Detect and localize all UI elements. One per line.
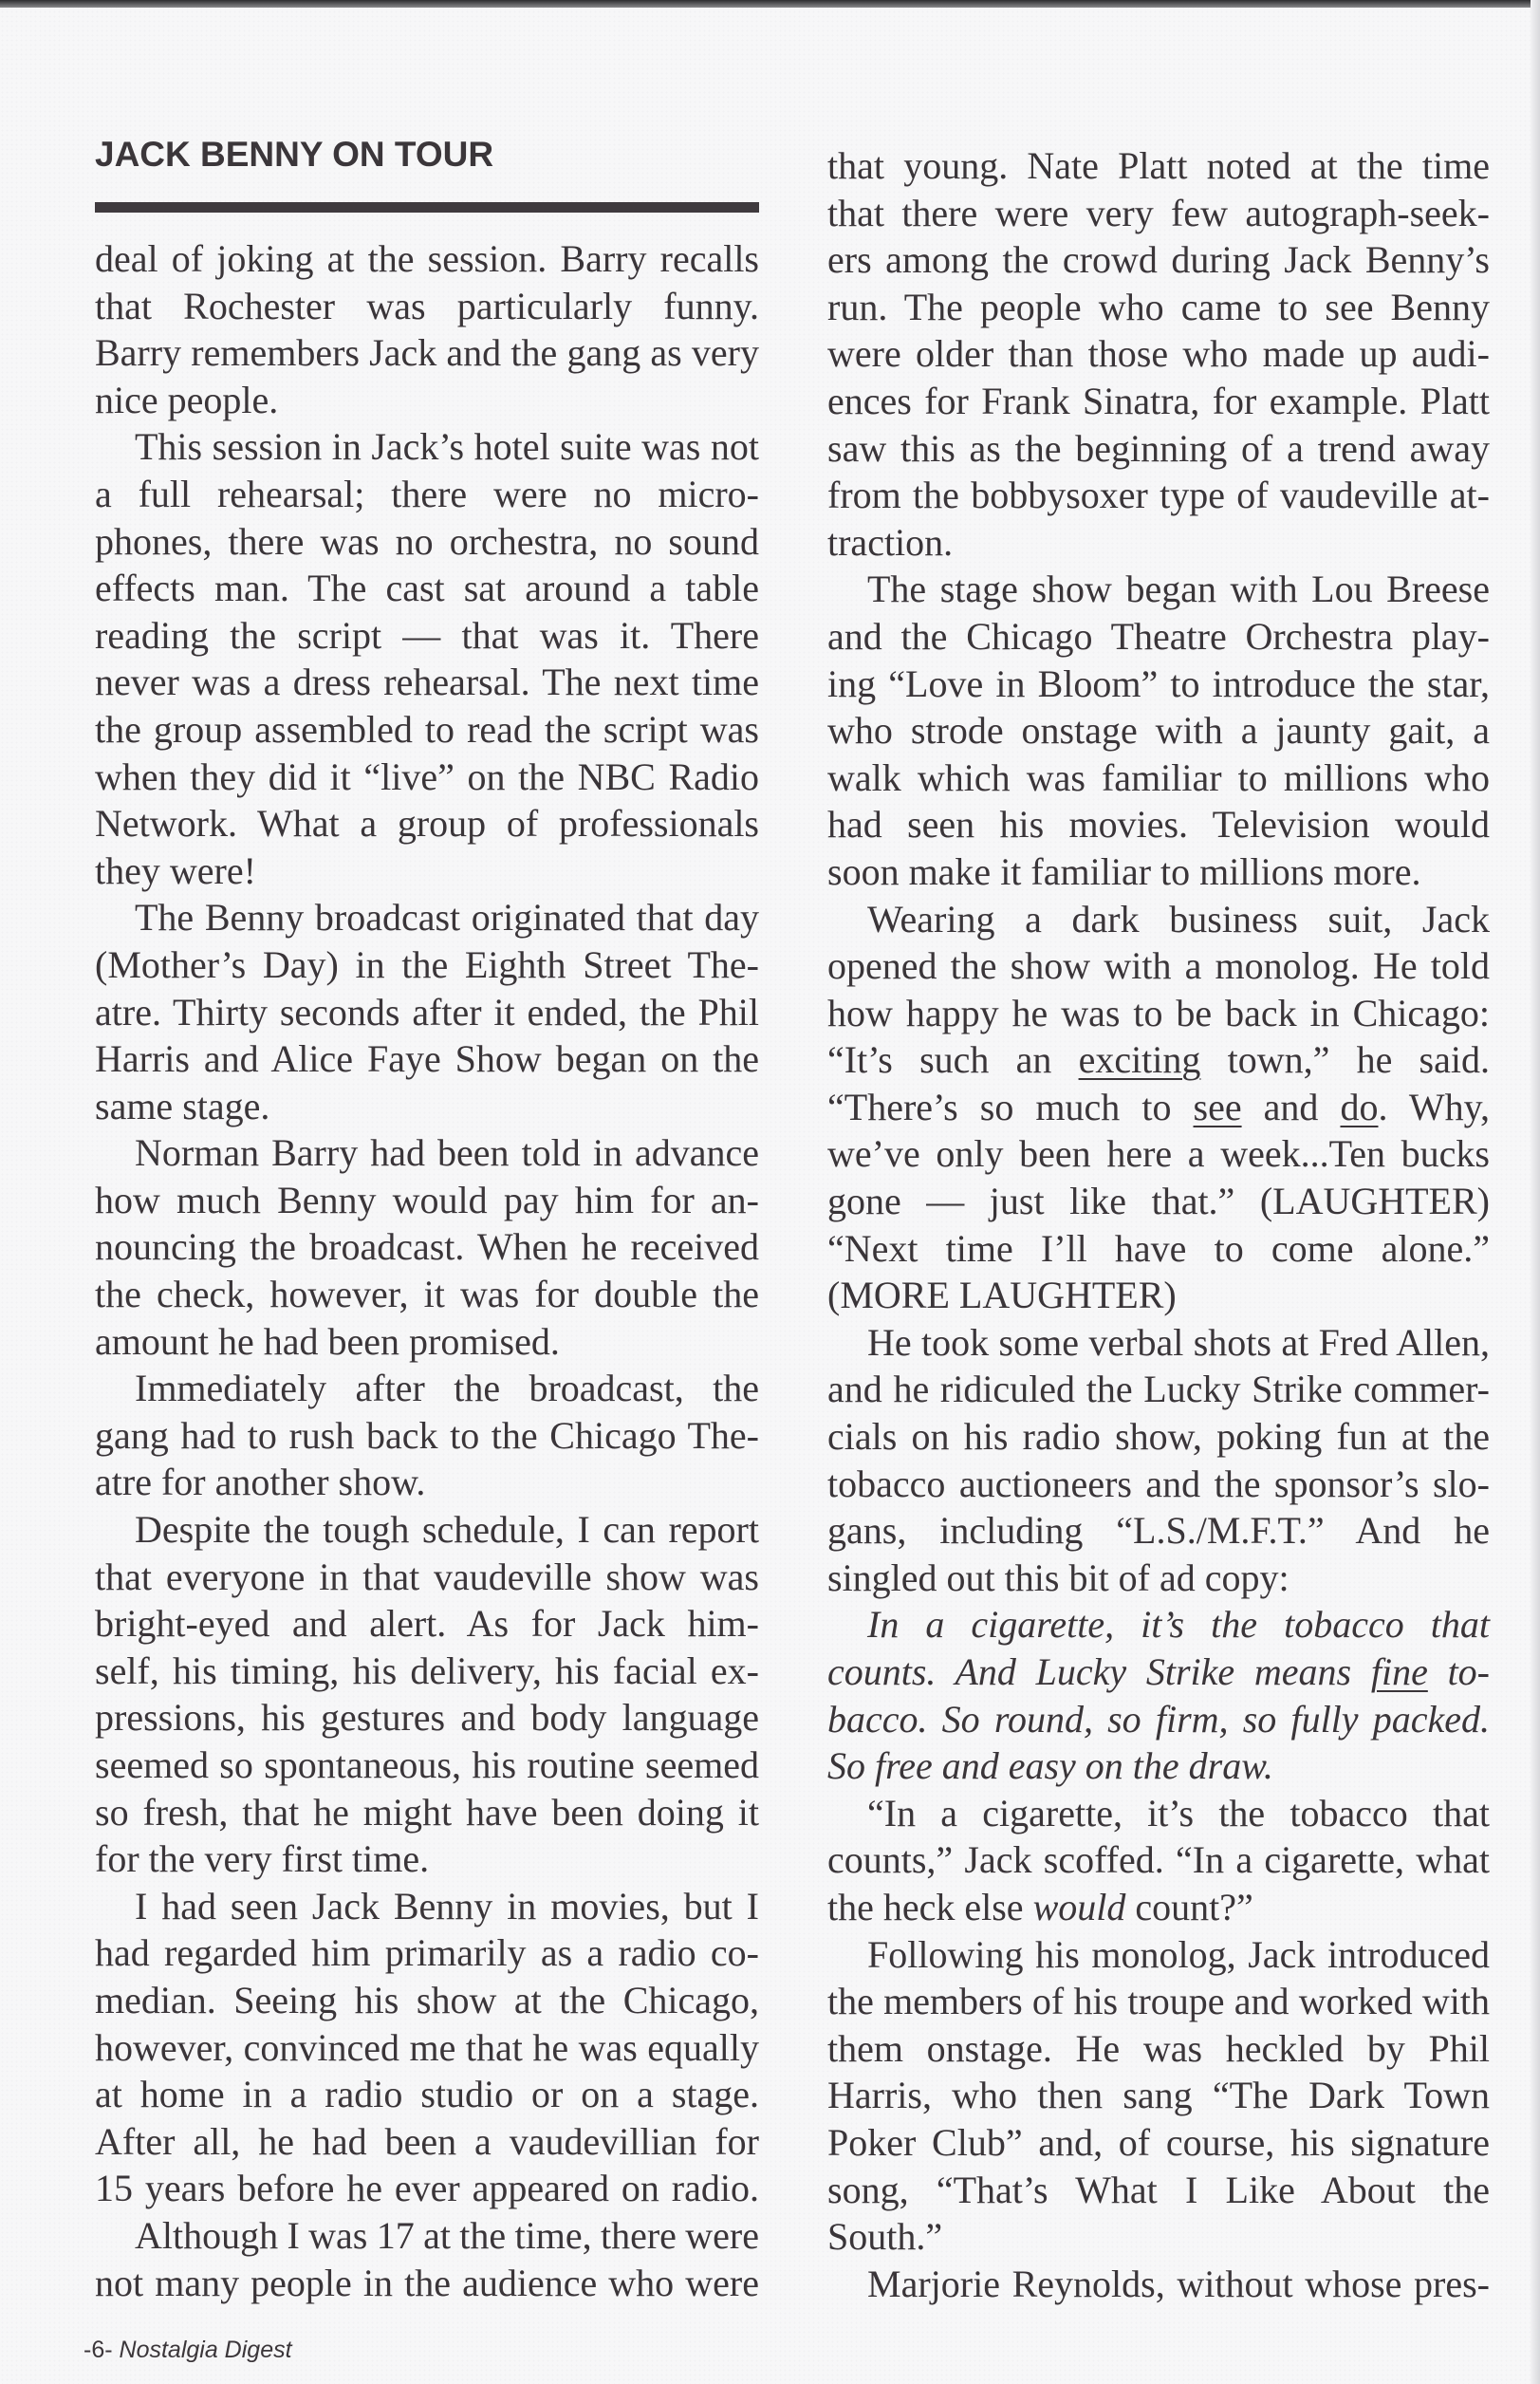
- text-line: Poker Club” and, of course, his signatur…: [827, 2119, 1490, 2167]
- text-line: Following his monolog, Jack introduced: [827, 1931, 1490, 1979]
- text-line: pressions, his gestures and body languag…: [95, 1694, 759, 1741]
- text-line: gans, including “L.S./M.F.T.” And he: [827, 1507, 1490, 1555]
- text-line: “It’s such an exciting town,” he said.: [827, 1036, 1490, 1084]
- text-line: self, his timing, his delivery, his faci…: [95, 1648, 759, 1695]
- text-line: so fresh, that he might have been doing …: [95, 1789, 759, 1836]
- left-column: deal of joking at the session. Barry rec…: [95, 235, 759, 2306]
- text-line: South.”: [827, 2213, 1490, 2261]
- text-line: never was a dress rehearsal. The next ti…: [95, 659, 759, 706]
- article-title: JACK BENNY ON TOUR: [95, 135, 493, 175]
- text-line: atre for another show.: [95, 1459, 759, 1506]
- text-segment: the heck else: [827, 1886, 1033, 1928]
- text-line: Norman Barry had been told in advance: [95, 1129, 759, 1177]
- text-line: had seen his movies. Television would: [827, 801, 1490, 848]
- text-line: Harris, who then sang “The Dark Town: [827, 2072, 1490, 2119]
- text-line: bacco. So round, so firm, so fully packe…: [827, 1696, 1490, 1743]
- text-line: singled out this bit of ad copy:: [827, 1555, 1490, 1602]
- text-line: opened the show with a monolog. He told: [827, 942, 1490, 990]
- text-line: median. Seeing his show at the Chicago,: [95, 1977, 759, 2024]
- text-segment: counts. And Lucky Strike means: [827, 1650, 1371, 1693]
- text-segment: to-: [1428, 1650, 1490, 1693]
- text-line: how much Benny would pay him for an-: [95, 1177, 759, 1224]
- text-line: counts. And Lucky Strike means fine to-: [827, 1648, 1490, 1696]
- text-line: deal of joking at the session. Barry rec…: [95, 235, 759, 283]
- text-line: So free and easy on the draw.: [827, 1742, 1490, 1790]
- italic-word: would: [1033, 1886, 1126, 1928]
- text-line: and the Chicago Theatre Orchestra play-: [827, 613, 1490, 661]
- text-line: I had seen Jack Benny in movies, but I: [95, 1883, 759, 1930]
- text-line: we’ve only been here a week...Ten bucks: [827, 1130, 1490, 1178]
- text-segment: and: [1242, 1086, 1341, 1128]
- text-line: ers among the crowd during Jack Benny’s: [827, 236, 1490, 284]
- text-line: Barry remembers Jack and the gang as ver…: [95, 329, 759, 377]
- text-line: saw this as the beginning of a trend awa…: [827, 425, 1490, 473]
- text-line: traction.: [827, 519, 1490, 567]
- text-line: Wearing a dark business suit, Jack: [827, 896, 1490, 943]
- text-line: run. The people who came to see Benny: [827, 284, 1490, 331]
- text-line: walk which was familiar to millions who: [827, 754, 1490, 802]
- publication-name: Nostalgia Digest: [120, 2337, 292, 2363]
- text-line: same stage.: [95, 1083, 759, 1130]
- page-footer: -6- Nostalgia Digest: [83, 2337, 292, 2364]
- text-line: nouncing the broadcast. When he received: [95, 1223, 759, 1271]
- text-line: at home in a radio studio or on a stage.: [95, 2071, 759, 2118]
- text-line: “Next time I’ll have to come alone.”: [827, 1225, 1490, 1273]
- text-line: Immediately after the broadcast, the: [95, 1365, 759, 1412]
- text-line: song, “That’s What I Like About the: [827, 2167, 1490, 2214]
- text-line: from the bobbysoxer type of vaudeville a…: [827, 472, 1490, 519]
- text-line: After all, he had been a vaudevillian fo…: [95, 2118, 759, 2166]
- text-line: the heck else would count?”: [827, 1884, 1490, 1931]
- text-line: soon make it familiar to millions more.: [827, 848, 1490, 896]
- text-line: a full rehearsal; there were no micro-: [95, 471, 759, 518]
- right-column: that young. Nate Platt noted at the time…: [827, 142, 1490, 2307]
- page-number: -6-: [83, 2337, 113, 2363]
- text-line: had regarded him primarily as a radio co…: [95, 1929, 759, 1977]
- text-line: counts,” Jack scoffed. “In a cigarette, …: [827, 1836, 1490, 1884]
- text-segment: “There’s so much to: [827, 1086, 1194, 1128]
- text-segment: count?”: [1125, 1886, 1252, 1928]
- text-line: who strode onstage with a jaunty gait, a: [827, 707, 1490, 754]
- underlined-word: fine: [1371, 1650, 1428, 1693]
- text-line: the group assembled to read the script w…: [95, 706, 759, 754]
- text-line: that everyone in that vaudeville show wa…: [95, 1554, 759, 1601]
- text-line: ences for Frank Sinatra, for example. Pl…: [827, 378, 1490, 425]
- underlined-word: see: [1194, 1086, 1242, 1128]
- text-line: “In a cigarette, it’s the tobacco that: [827, 1790, 1490, 1837]
- text-line: gone — just like that.” (LAUGHTER): [827, 1178, 1490, 1225]
- text-line: effects man. The cast sat around a table: [95, 565, 759, 612]
- text-line: not many people in the audience who were: [95, 2260, 759, 2307]
- text-line: gang had to rush back to the Chicago The…: [95, 1412, 759, 1460]
- text-line: 15 years before he ever appeared on radi…: [95, 2165, 759, 2212]
- text-line: amount he had been promised.: [95, 1318, 759, 1366]
- text-line: In a cigarette, it’s the tobacco that: [827, 1601, 1490, 1648]
- text-segment: “It’s such an: [827, 1038, 1079, 1081]
- text-line: the members of his troupe and worked wit…: [827, 1978, 1490, 2025]
- text-line: that Rochester was particularly funny.: [95, 283, 759, 330]
- text-line: Harris and Alice Faye Show began on the: [95, 1035, 759, 1083]
- text-line: them onstage. He was heckled by Phil: [827, 2025, 1490, 2073]
- text-line: nice people.: [95, 377, 759, 424]
- title-rule: [95, 202, 759, 213]
- text-line: cials on his radio show, poking fun at t…: [827, 1413, 1490, 1461]
- underlined-word: exciting: [1079, 1038, 1201, 1081]
- text-line: (MORE LAUGHTER): [827, 1272, 1490, 1319]
- text-line: phones, there was no orchestra, no sound: [95, 518, 759, 566]
- text-line: This session in Jack’s hotel suite was n…: [95, 423, 759, 471]
- text-segment: . Why,: [1378, 1086, 1490, 1128]
- scan-top-edge: [0, 0, 1540, 8]
- text-line: Although I was 17 at the time, there wer…: [95, 2212, 759, 2260]
- text-line: and he ridiculed the Lucky Strike commer…: [827, 1366, 1490, 1413]
- text-line: The stage show began with Lou Breese: [827, 566, 1490, 613]
- text-line: were older than those who made up audi-: [827, 330, 1490, 378]
- text-line: (Mother’s Day) in the Eighth Street The-: [95, 941, 759, 989]
- text-line: for the very first time.: [95, 1835, 759, 1883]
- text-line: bright-eyed and alert. As for Jack him-: [95, 1600, 759, 1648]
- text-line: the check, however, it was for double th…: [95, 1271, 759, 1318]
- text-line: Network. What a group of professionals: [95, 800, 759, 847]
- text-line: that young. Nate Platt noted at the time: [827, 142, 1490, 190]
- text-line: The Benny broadcast originated that day: [95, 894, 759, 941]
- underlined-word: do: [1340, 1086, 1378, 1128]
- text-segment: town,” he said.: [1200, 1038, 1490, 1081]
- text-line: reading the script — that was it. There: [95, 612, 759, 660]
- text-line: He took some verbal shots at Fred Allen,: [827, 1319, 1490, 1367]
- text-line: however, convinced me that he was equall…: [95, 2024, 759, 2072]
- scan-right-edge: [1531, 0, 1540, 2384]
- text-line: atre. Thirty seconds after it ended, the…: [95, 989, 759, 1036]
- text-line: seemed so spontaneous, his routine seeme…: [95, 1741, 759, 1789]
- text-line: that there were very few autograph-seek-: [827, 190, 1490, 237]
- text-line: “There’s so much to see and do. Why,: [827, 1084, 1490, 1131]
- text-line: ing “Love in Bloom” to introduce the sta…: [827, 661, 1490, 708]
- text-line: they were!: [95, 847, 759, 895]
- text-line: how happy he was to be back in Chicago:: [827, 990, 1490, 1037]
- text-line: when they did it “live” on the NBC Radio: [95, 754, 759, 801]
- text-line: tobacco auctioneers and the sponsor’s sl…: [827, 1461, 1490, 1508]
- text-line: Marjorie Reynolds, without whose pres-: [827, 2261, 1490, 2308]
- text-line: Despite the tough schedule, I can report: [95, 1506, 759, 1554]
